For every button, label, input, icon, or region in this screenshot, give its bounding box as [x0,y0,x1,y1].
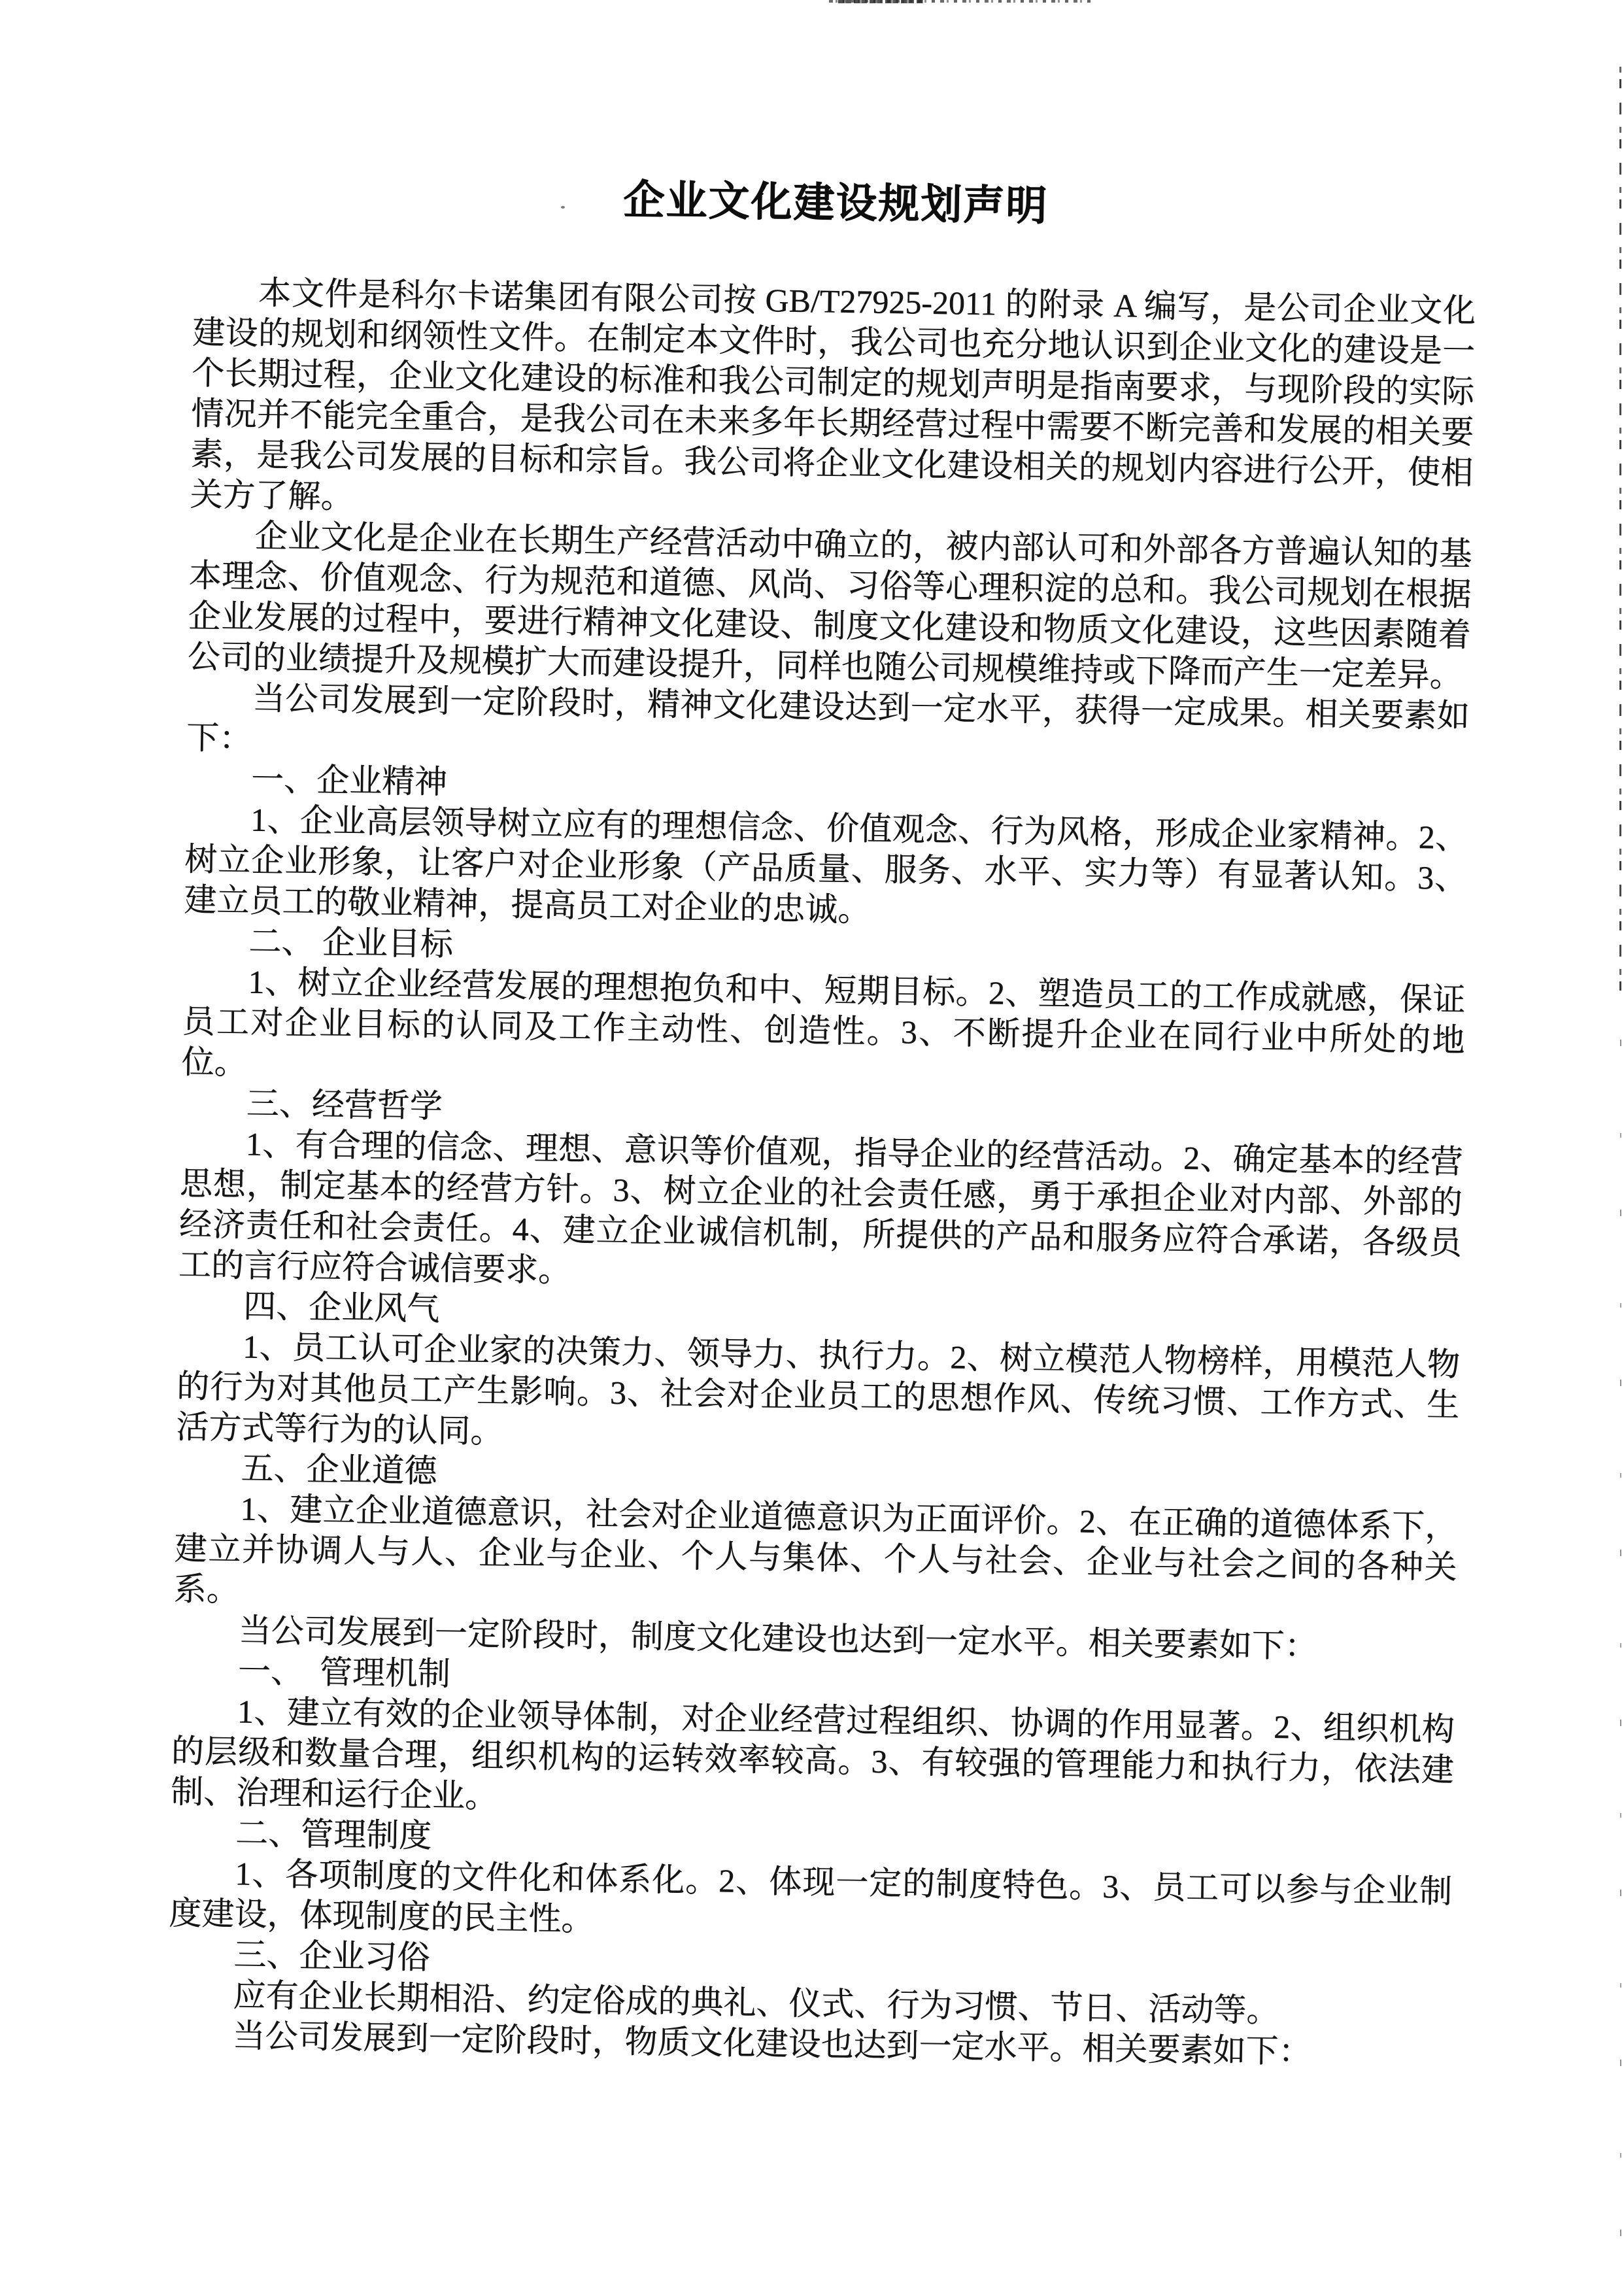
document-body: 本文件是科尔卡诺集团有限公司按 GB/T27925-2011 的附录 A 编写，… [167,271,1476,2074]
scan-artifact-top-edge-dense [838,0,923,3]
paragraph: 1、员工认可企业家的决策力、领导力、执行力。2、树立模范人物榜样，用模范人物的行… [176,1325,1461,1466]
paragraph: 1、建立有效的企业领导体制，对企业经营过程组织、协调的作用显著。2、组织机构的层… [171,1690,1455,1831]
paragraph: 1、有合理的信念、理想、意识等价值观，指导企业的经营活动。2、确定基本的经营思想… [178,1123,1463,1304]
paragraph: 企业文化是企业在长期生产经营活动中确立的，被内部认可和外部各方普遍认知的基本理念… [187,515,1472,696]
paragraph: 1、树立企业经营发展的理想抱负和中、短期目标。2、塑造员工的工作成就感，保证员工… [181,960,1466,1101]
scan-artifact-right-edge [1619,62,1621,991]
document-content: 企业文化建设规划声明 本文件是科尔卡诺集团有限公司按 GB/T27925-201… [167,165,1478,2074]
paragraph: 1、建立企业道德意识，社会对企业道德意识为正面评价。2、在正确的道德体系下，建立… [173,1487,1458,1628]
paragraph: 本文件是科尔卡诺集团有限公司按 GB/T27925-2011 的附录 A 编写，… [190,271,1476,534]
paragraph: 1、企业高层领导树立应有的理想信念、价值观念、行为风格，形成企业家精神。2、树立… [184,798,1468,939]
document-page: 企业文化建设规划声明 本文件是科尔卡诺集团有限公司按 GB/T27925-201… [0,0,1624,2293]
scan-artifact-right-edge-lower [1620,994,1621,2236]
document-title: 企业文化建设规划声明 [194,165,1478,241]
